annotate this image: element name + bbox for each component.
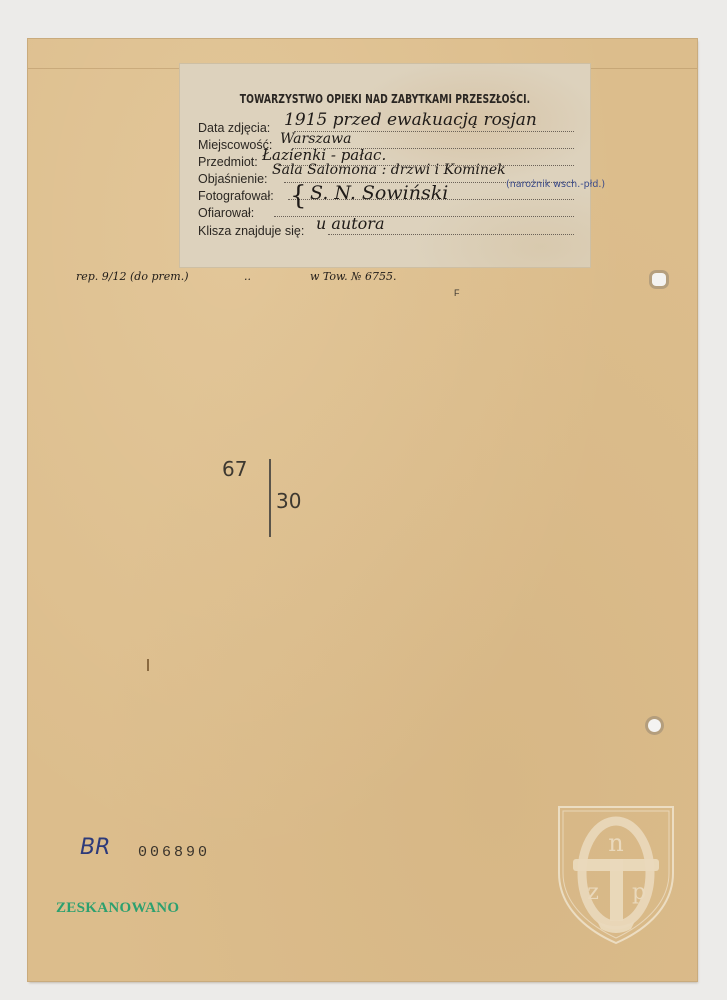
field-photographer-label: Fotografował: xyxy=(198,189,274,203)
note-dots: .. xyxy=(244,270,251,283)
small-pencil-mark xyxy=(147,659,149,671)
field-place-value: Warszawa xyxy=(280,131,351,147)
inventory-number: 006890 xyxy=(138,844,210,861)
brace-mark: { xyxy=(290,181,307,211)
svg-text:p: p xyxy=(632,880,646,905)
field-description-label: Objaśnienie: xyxy=(198,172,268,186)
inventory-prefix: BR xyxy=(80,835,110,860)
field-subject: Przedmiot: xyxy=(198,151,258,169)
card-title: TOWARZYSTWO OPIEKI NAD ZABYTKAMI PRZESZŁ… xyxy=(217,91,553,106)
pencil-number-top: 67 xyxy=(222,457,247,481)
field-plate-location-label: Klisza znajduje się: xyxy=(198,224,304,238)
field-plate-location-value: u autora xyxy=(316,214,384,233)
pencil-divider xyxy=(269,459,271,537)
dotted-line xyxy=(328,234,574,235)
pasted-label-card: TOWARZYSTWO OPIEKI NAD ZABYTKAMI PRZESZŁ… xyxy=(180,64,590,267)
field-photographer-value: S. N. Sowiński xyxy=(310,182,448,204)
field-date: Data zdjęcia: xyxy=(198,117,270,135)
scanned-stamp: ZESKANOWANO xyxy=(56,900,179,917)
archival-card-sheet: TOWARZYSTWO OPIEKI NAD ZABYTKAMI PRZESZŁ… xyxy=(28,39,697,981)
svg-text:z: z xyxy=(587,880,599,905)
note-rep: rep. 9/12 (do prem.) xyxy=(76,270,188,283)
field-description: Objaśnienie: xyxy=(198,168,268,186)
field-plate-location: Klisza znajduje się: xyxy=(198,220,304,238)
note-letter: F xyxy=(454,288,460,298)
pencil-number-bottom: 30 xyxy=(276,489,301,513)
field-subject-label: Przedmiot: xyxy=(198,155,258,169)
punch-hole-bottom xyxy=(648,719,661,732)
field-donor-label: Ofiarował: xyxy=(198,206,254,220)
field-donor: Ofiarował: xyxy=(198,202,254,220)
blue-annotation: (narożnik wsch.-płd.) xyxy=(506,179,605,190)
tonzp-watermark-icon: n z p xyxy=(555,803,677,947)
field-description-value: Sala Salomona : drzwi i Kominek xyxy=(272,162,506,178)
svg-text:n: n xyxy=(608,829,623,857)
torn-hole-top xyxy=(652,273,666,286)
note-society-number: w Tow. № 6755. xyxy=(310,270,397,283)
field-date-label: Data zdjęcia: xyxy=(198,121,270,135)
field-photographer: Fotografował: xyxy=(198,185,274,203)
field-date-value: 1915 przed ewakuacją rosjan xyxy=(284,110,537,130)
